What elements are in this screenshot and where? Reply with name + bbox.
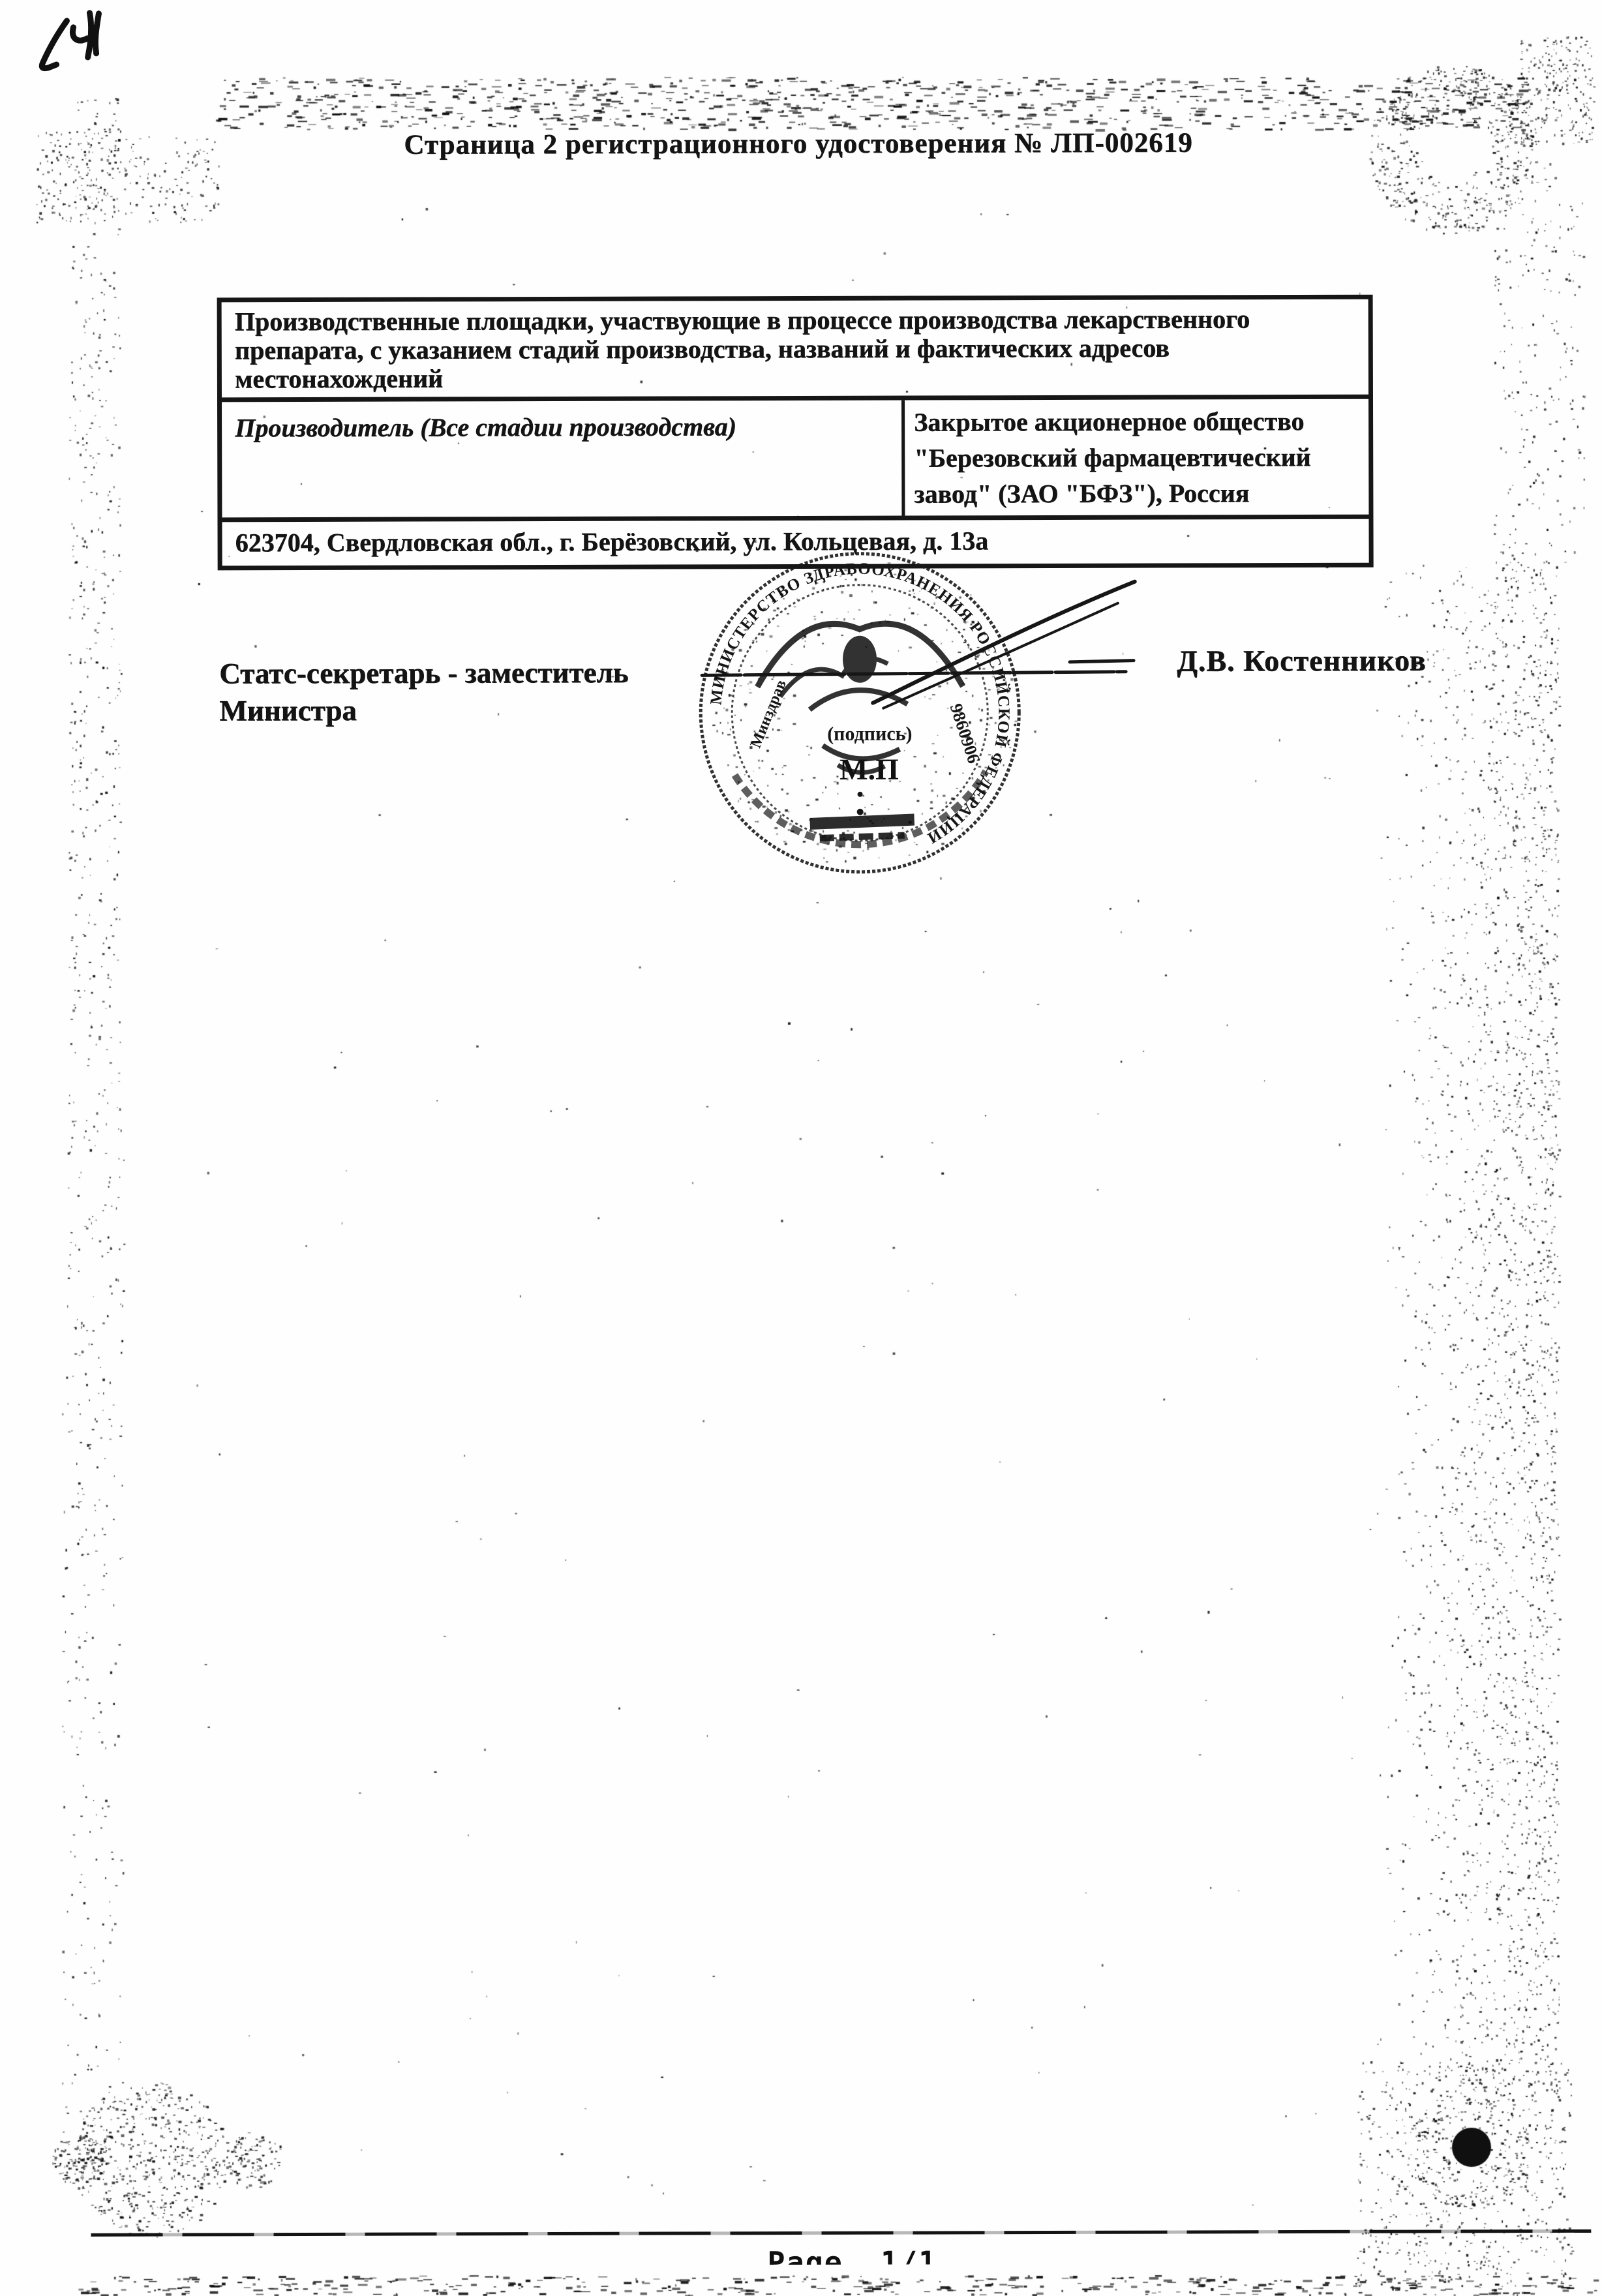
footer-separator-line [91,2229,1591,2237]
production-sites-table: Производственные площадки, участвующие в… [217,295,1374,571]
scanned-document-page: Страница 2 регистрационного удостоверени… [0,0,1602,2296]
manufacturer-label-cell: Производитель (Все стадии производства) [222,400,905,518]
seal-mp-mark: М.П [839,753,899,786]
signature-strokes [677,560,1160,731]
page-indicator-clip: Page 1/1 [767,2247,1002,2265]
manufacturer-value-cell: Закрытое акционерное общество "Березовск… [905,399,1368,516]
signatory-title: Статс-секретарь - заместитель Министра [219,654,728,729]
table-header-cell: Производственные площадки, участвующие в… [222,299,1368,402]
handwritten-mark [33,5,144,83]
page-indicator: Page 1/1 [767,2247,1002,2265]
signatory-name: Д.В. Костенников [1177,642,1427,678]
table-row: Производитель (Все стадии производства) … [222,399,1368,522]
page-title: Страница 2 регистрационного удостоверени… [0,126,1599,162]
